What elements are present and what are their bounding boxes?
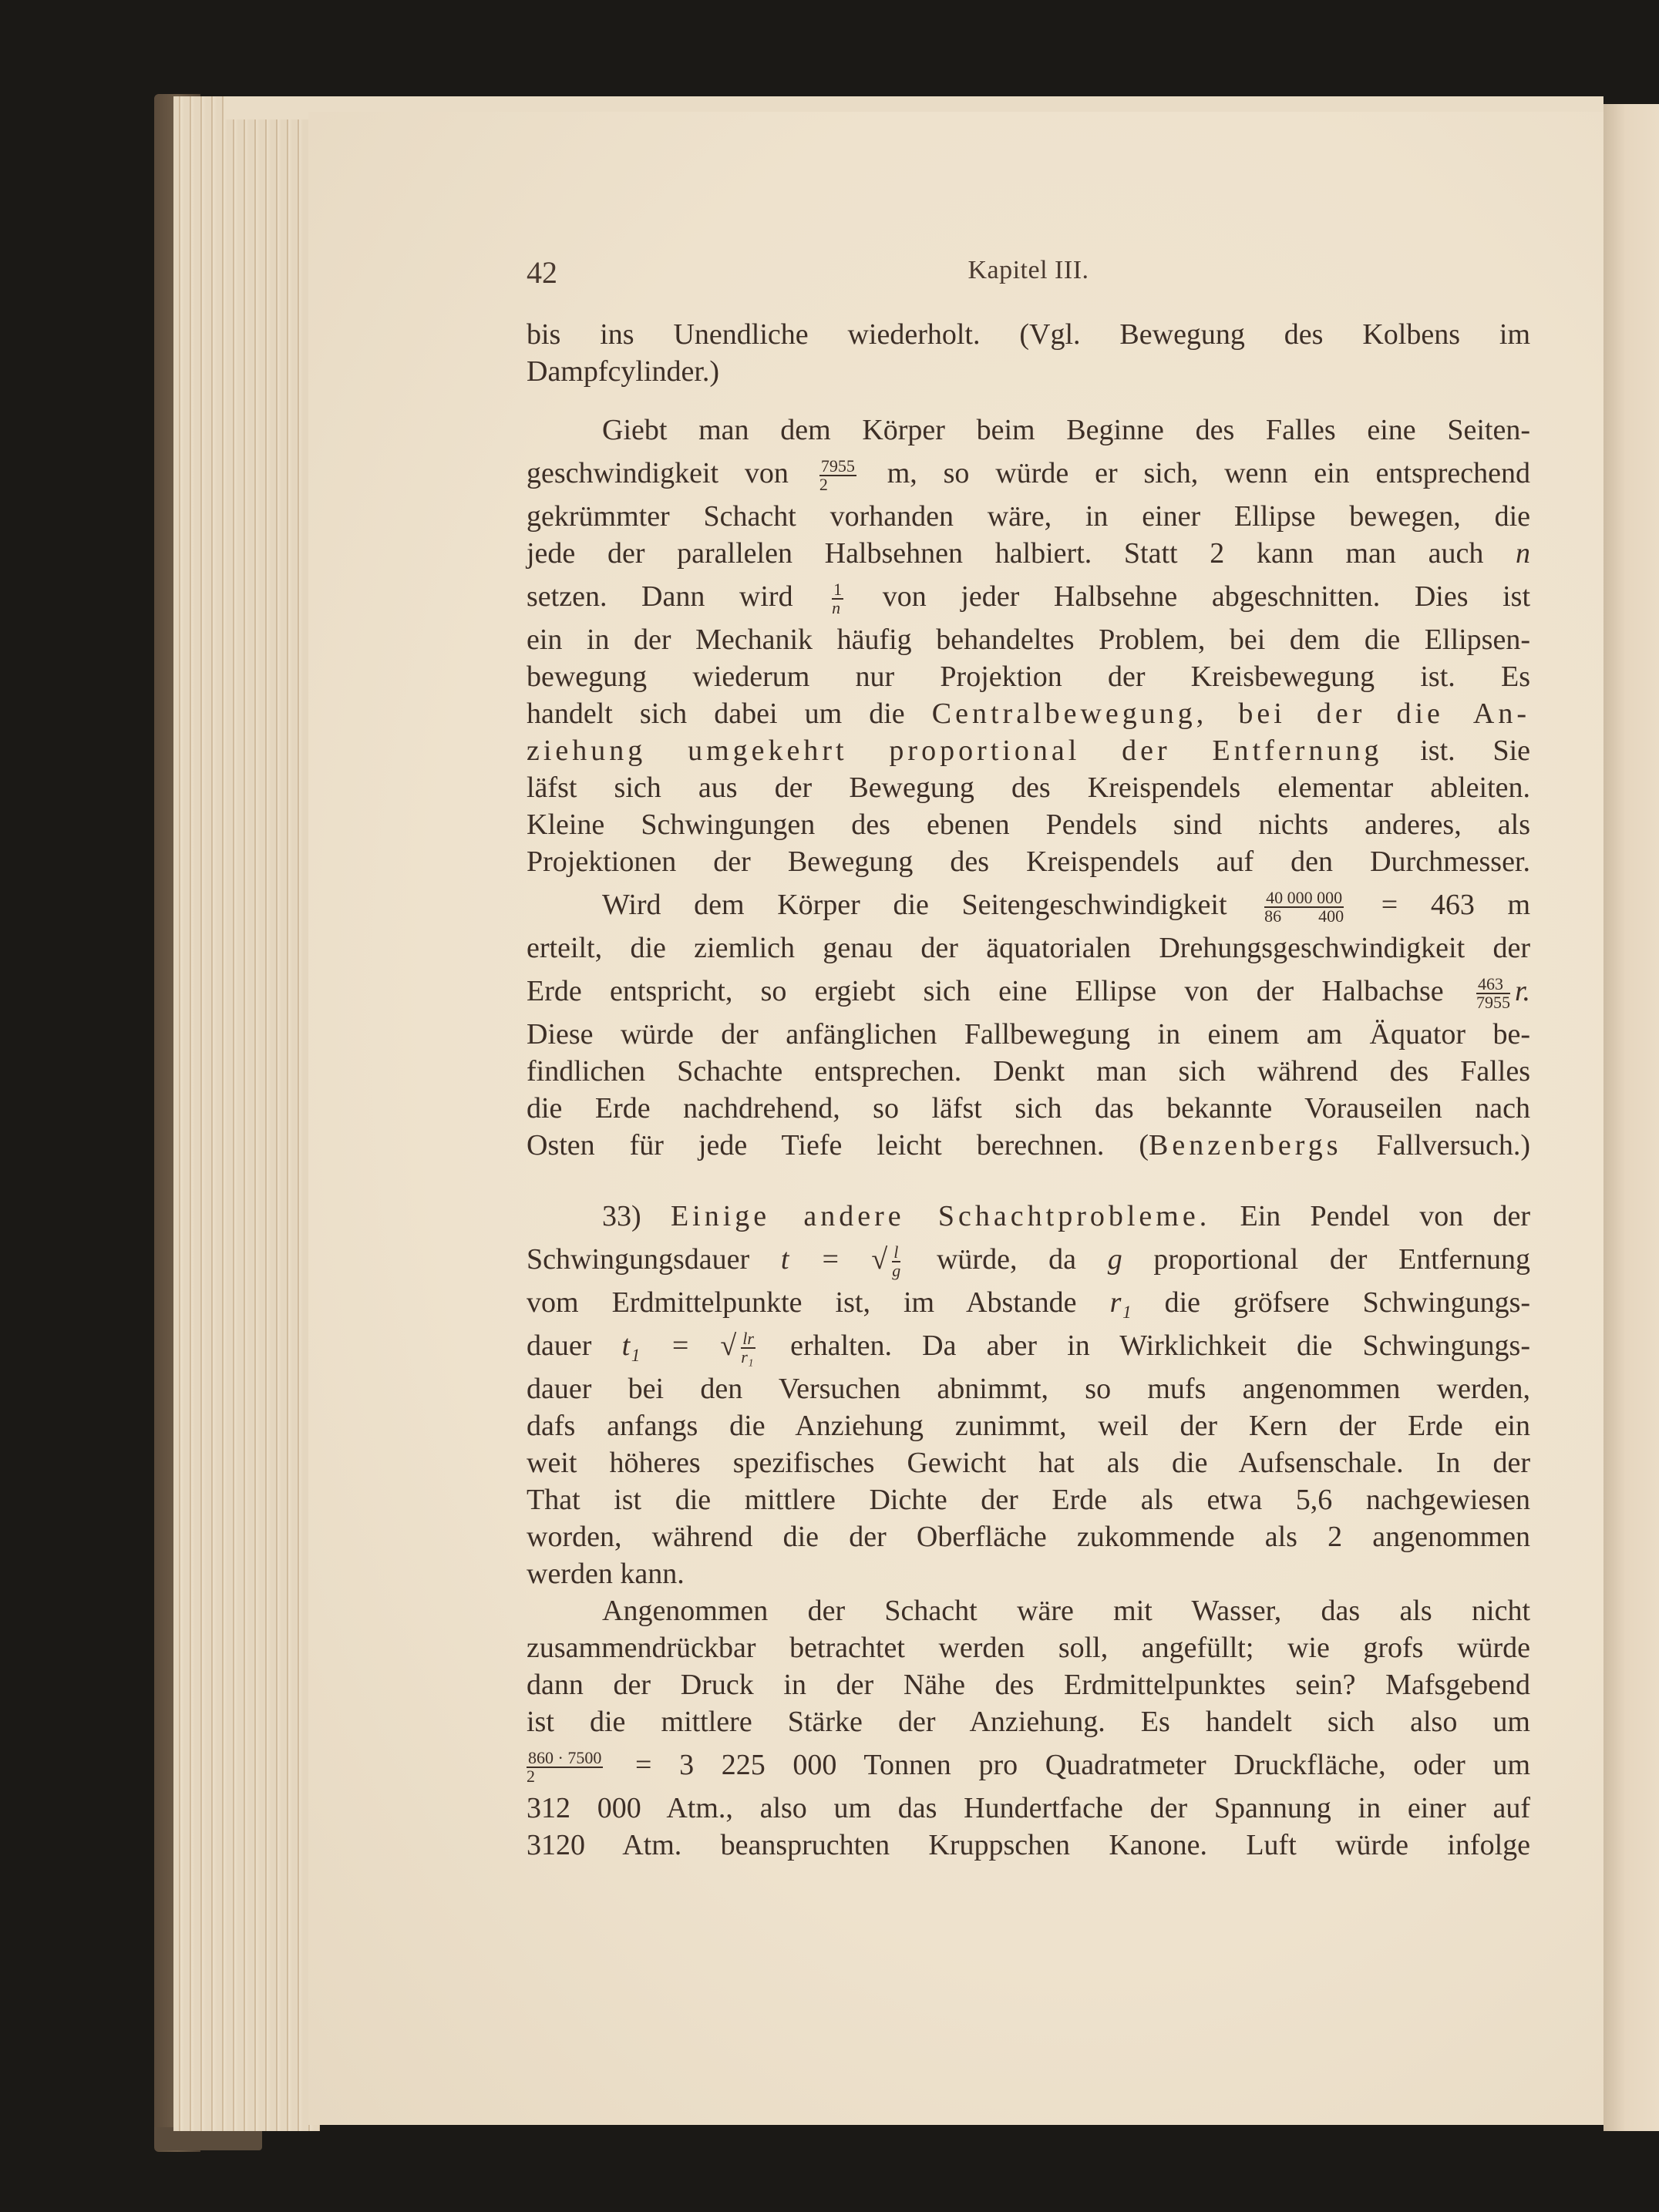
fraction-denominator: 2 — [819, 476, 856, 493]
page-header: 42 Kapitel III. — [527, 254, 1530, 293]
fraction: 4637955 — [1476, 976, 1510, 1011]
math-variable: r₁ — [1110, 1286, 1132, 1319]
emphasized-text: Benzenbergs — [1149, 1129, 1342, 1161]
text-span: = 463 m — [1381, 889, 1530, 921]
fraction-numerator: lr — [741, 1330, 755, 1349]
fraction: lrr₁ — [741, 1330, 755, 1366]
text-span: setzen. Dann wird — [527, 580, 793, 613]
text-line: weit höheres spezifisches Gewicht hat al… — [527, 1444, 1530, 1481]
text-line: erteilt, die ziemlich genau der äquatori… — [527, 930, 1530, 966]
text-line: gekrümmter Schacht vorhanden wäre, in ei… — [527, 498, 1530, 535]
text-span: erhalten. Da aber in Wirklichkeit die Sc… — [790, 1330, 1530, 1362]
text-line: bis ins Unendliche wiederholt. (Vgl. Bew… — [527, 316, 1530, 353]
text-line: geschwindigkeit von 79552 m, so würde er… — [527, 449, 1530, 498]
text-line: ziehung umgekehrt proportional der Entfe… — [527, 732, 1530, 769]
text-span: die gröfsere Schwingungs- — [1165, 1286, 1530, 1319]
text-line: 3120 Atm. beanspruchten Kruppschen Kanon… — [527, 1827, 1530, 1864]
paragraph-gap — [527, 390, 1530, 412]
fraction-numerator: 7955 — [819, 458, 856, 476]
text-line: ist die mittlere Stärke der Anziehung. E… — [527, 1703, 1530, 1740]
text-line: 312 000 Atm., also um das Hundertfache d… — [527, 1790, 1530, 1827]
facing-page-edge — [1603, 104, 1659, 2131]
text-line: bewegung wiederum nur Projektion der Kre… — [527, 658, 1530, 695]
fraction-denominator: r₁ — [741, 1349, 755, 1366]
fraction-denominator: n — [832, 600, 843, 617]
text-span: Schwingungsdauer — [527, 1243, 749, 1276]
fraction-denominator: 7955 — [1476, 994, 1510, 1011]
text-line: Projektionen der Bewegung des Kreispende… — [527, 843, 1530, 880]
text-line: That ist die mittlere Dichte der Erde al… — [527, 1481, 1530, 1518]
fraction-numerator: 860 · 7500 — [527, 1750, 603, 1768]
section-heading-line: 33) Einige andere Schachtprobleme. Ein P… — [527, 1198, 1530, 1235]
text-line: Dampfcylinder.) — [527, 353, 1530, 390]
text-span: Erde entspricht, so ergiebt sich eine El… — [527, 975, 1444, 1007]
text-line: läfst sich aus der Bewegung des Kreispen… — [527, 769, 1530, 806]
text-line: Angenommen der Schacht wäre mit Wasser, … — [527, 1592, 1530, 1629]
math-expression: t = √ — [781, 1243, 887, 1276]
text-line: ein in der Mechanik häufig behandeltes P… — [527, 621, 1530, 658]
fraction-numerator: 1 — [832, 581, 843, 600]
text-line: Wird dem Körper die Seitengeschwindigkei… — [527, 880, 1530, 930]
text-span: = 3 225 000 Tonnen pro Quadratmeter Druc… — [635, 1749, 1530, 1781]
text-span: m, so würde er sich, wenn ein entspreche… — [887, 457, 1530, 489]
emphasized-text: Centralbewegung, bei der die An- — [932, 698, 1530, 730]
text-span: Fallversuch.) — [1377, 1129, 1530, 1161]
fraction: 40 000 00086 400 — [1264, 889, 1344, 925]
text-line: dann der Druck in der Nähe des Erdmittel… — [527, 1666, 1530, 1703]
page-stack-edges — [173, 96, 320, 2131]
math-variable: g — [1108, 1243, 1122, 1276]
text-span: dauer — [527, 1330, 591, 1362]
fraction-denominator: 86 400 — [1264, 908, 1344, 925]
text-span: jede der parallelen Halbsehnen halbiert.… — [527, 537, 1483, 570]
math-expression: t₁ = √ — [622, 1330, 737, 1362]
text-span: proportional der Entfernung — [1153, 1243, 1530, 1276]
math-variable: r. — [1515, 975, 1530, 1007]
section-title: Einige andere Schachtprobleme. — [671, 1200, 1210, 1232]
section-number: 33) — [602, 1200, 641, 1232]
text-span: von jeder Halbsehne abgeschnitten. Dies … — [883, 580, 1530, 613]
fraction: lg — [892, 1244, 900, 1279]
running-head: Kapitel III. — [527, 256, 1530, 285]
text-line: die Erde nachdrehend, so läfst sich das … — [527, 1090, 1530, 1127]
text-line: Osten für jede Tiefe leicht berechnen. (… — [527, 1127, 1530, 1164]
text-line: vom Erdmittelpunkte ist, im Abstande r₁ … — [527, 1284, 1530, 1321]
fraction-numerator: 40 000 000 — [1264, 889, 1344, 908]
text-span: würde, da — [937, 1243, 1076, 1276]
text-line: dauer t₁ = √lrr₁ erhalten. Da aber in Wi… — [527, 1321, 1530, 1370]
fraction-denominator: g — [892, 1262, 900, 1279]
text-span: Wird dem Körper die Seitengeschwindigkei… — [602, 889, 1227, 921]
text-line: Erde entspricht, so ergiebt sich eine El… — [527, 966, 1530, 1016]
text-span: geschwindigkeit von — [527, 457, 789, 489]
math-variable: n — [1516, 537, 1530, 570]
text-line: Kleine Schwingungen des ebenen Pendels s… — [527, 806, 1530, 843]
fraction: 860 · 75002 — [527, 1750, 603, 1785]
text-line: handelt sich dabei um die Centralbewegun… — [527, 695, 1530, 732]
text-span: vom Erdmittelpunkte ist, im Abstande — [527, 1286, 1077, 1319]
text-line: 860 · 75002 = 3 225 000 Tonnen pro Quadr… — [527, 1740, 1530, 1790]
fraction-numerator: l — [892, 1244, 900, 1262]
text-span: ist. Sie — [1420, 735, 1530, 767]
text-line: dauer bei den Versuchen abnimmt, so mufs… — [527, 1370, 1530, 1407]
body-text: bis ins Unendliche wiederholt. (Vgl. Bew… — [527, 316, 1530, 1864]
text-line: setzen. Dann wird 1n von jeder Halbsehne… — [527, 572, 1530, 621]
fraction-denominator: 2 — [527, 1768, 603, 1785]
text-line: zusammendrückbar betrachtet werden soll,… — [527, 1629, 1530, 1666]
text-line: dafs anfangs die Anziehung zunimmt, weil… — [527, 1407, 1530, 1444]
text-span: Ein Pendel von der — [1240, 1200, 1531, 1232]
emphasized-text: ziehung umgekehrt proportional der Entfe… — [527, 735, 1382, 767]
text-line: findlichen Schachte entsprechen. Denkt m… — [527, 1053, 1530, 1090]
text-line: jede der parallelen Halbsehnen halbiert.… — [527, 535, 1530, 572]
text-line: Giebt man dem Körper beim Beginne des Fa… — [527, 412, 1530, 449]
section-gap — [527, 1164, 1530, 1198]
fraction: 79552 — [819, 458, 856, 493]
fraction: 1n — [832, 581, 843, 617]
text-line: werden kann. — [527, 1555, 1530, 1592]
fraction-numerator: 463 — [1476, 976, 1510, 994]
text-span: Osten für jede Tiefe leicht berechnen. ( — [527, 1129, 1149, 1161]
text-line: Diese würde der anfänglichen Fallbewegun… — [527, 1016, 1530, 1053]
text-line: Schwingungsdauer t = √lg würde, da g pro… — [527, 1235, 1530, 1284]
text-line: worden, während die der Oberfläche zukom… — [527, 1518, 1530, 1555]
text-span: handelt sich dabei um die — [527, 698, 905, 730]
